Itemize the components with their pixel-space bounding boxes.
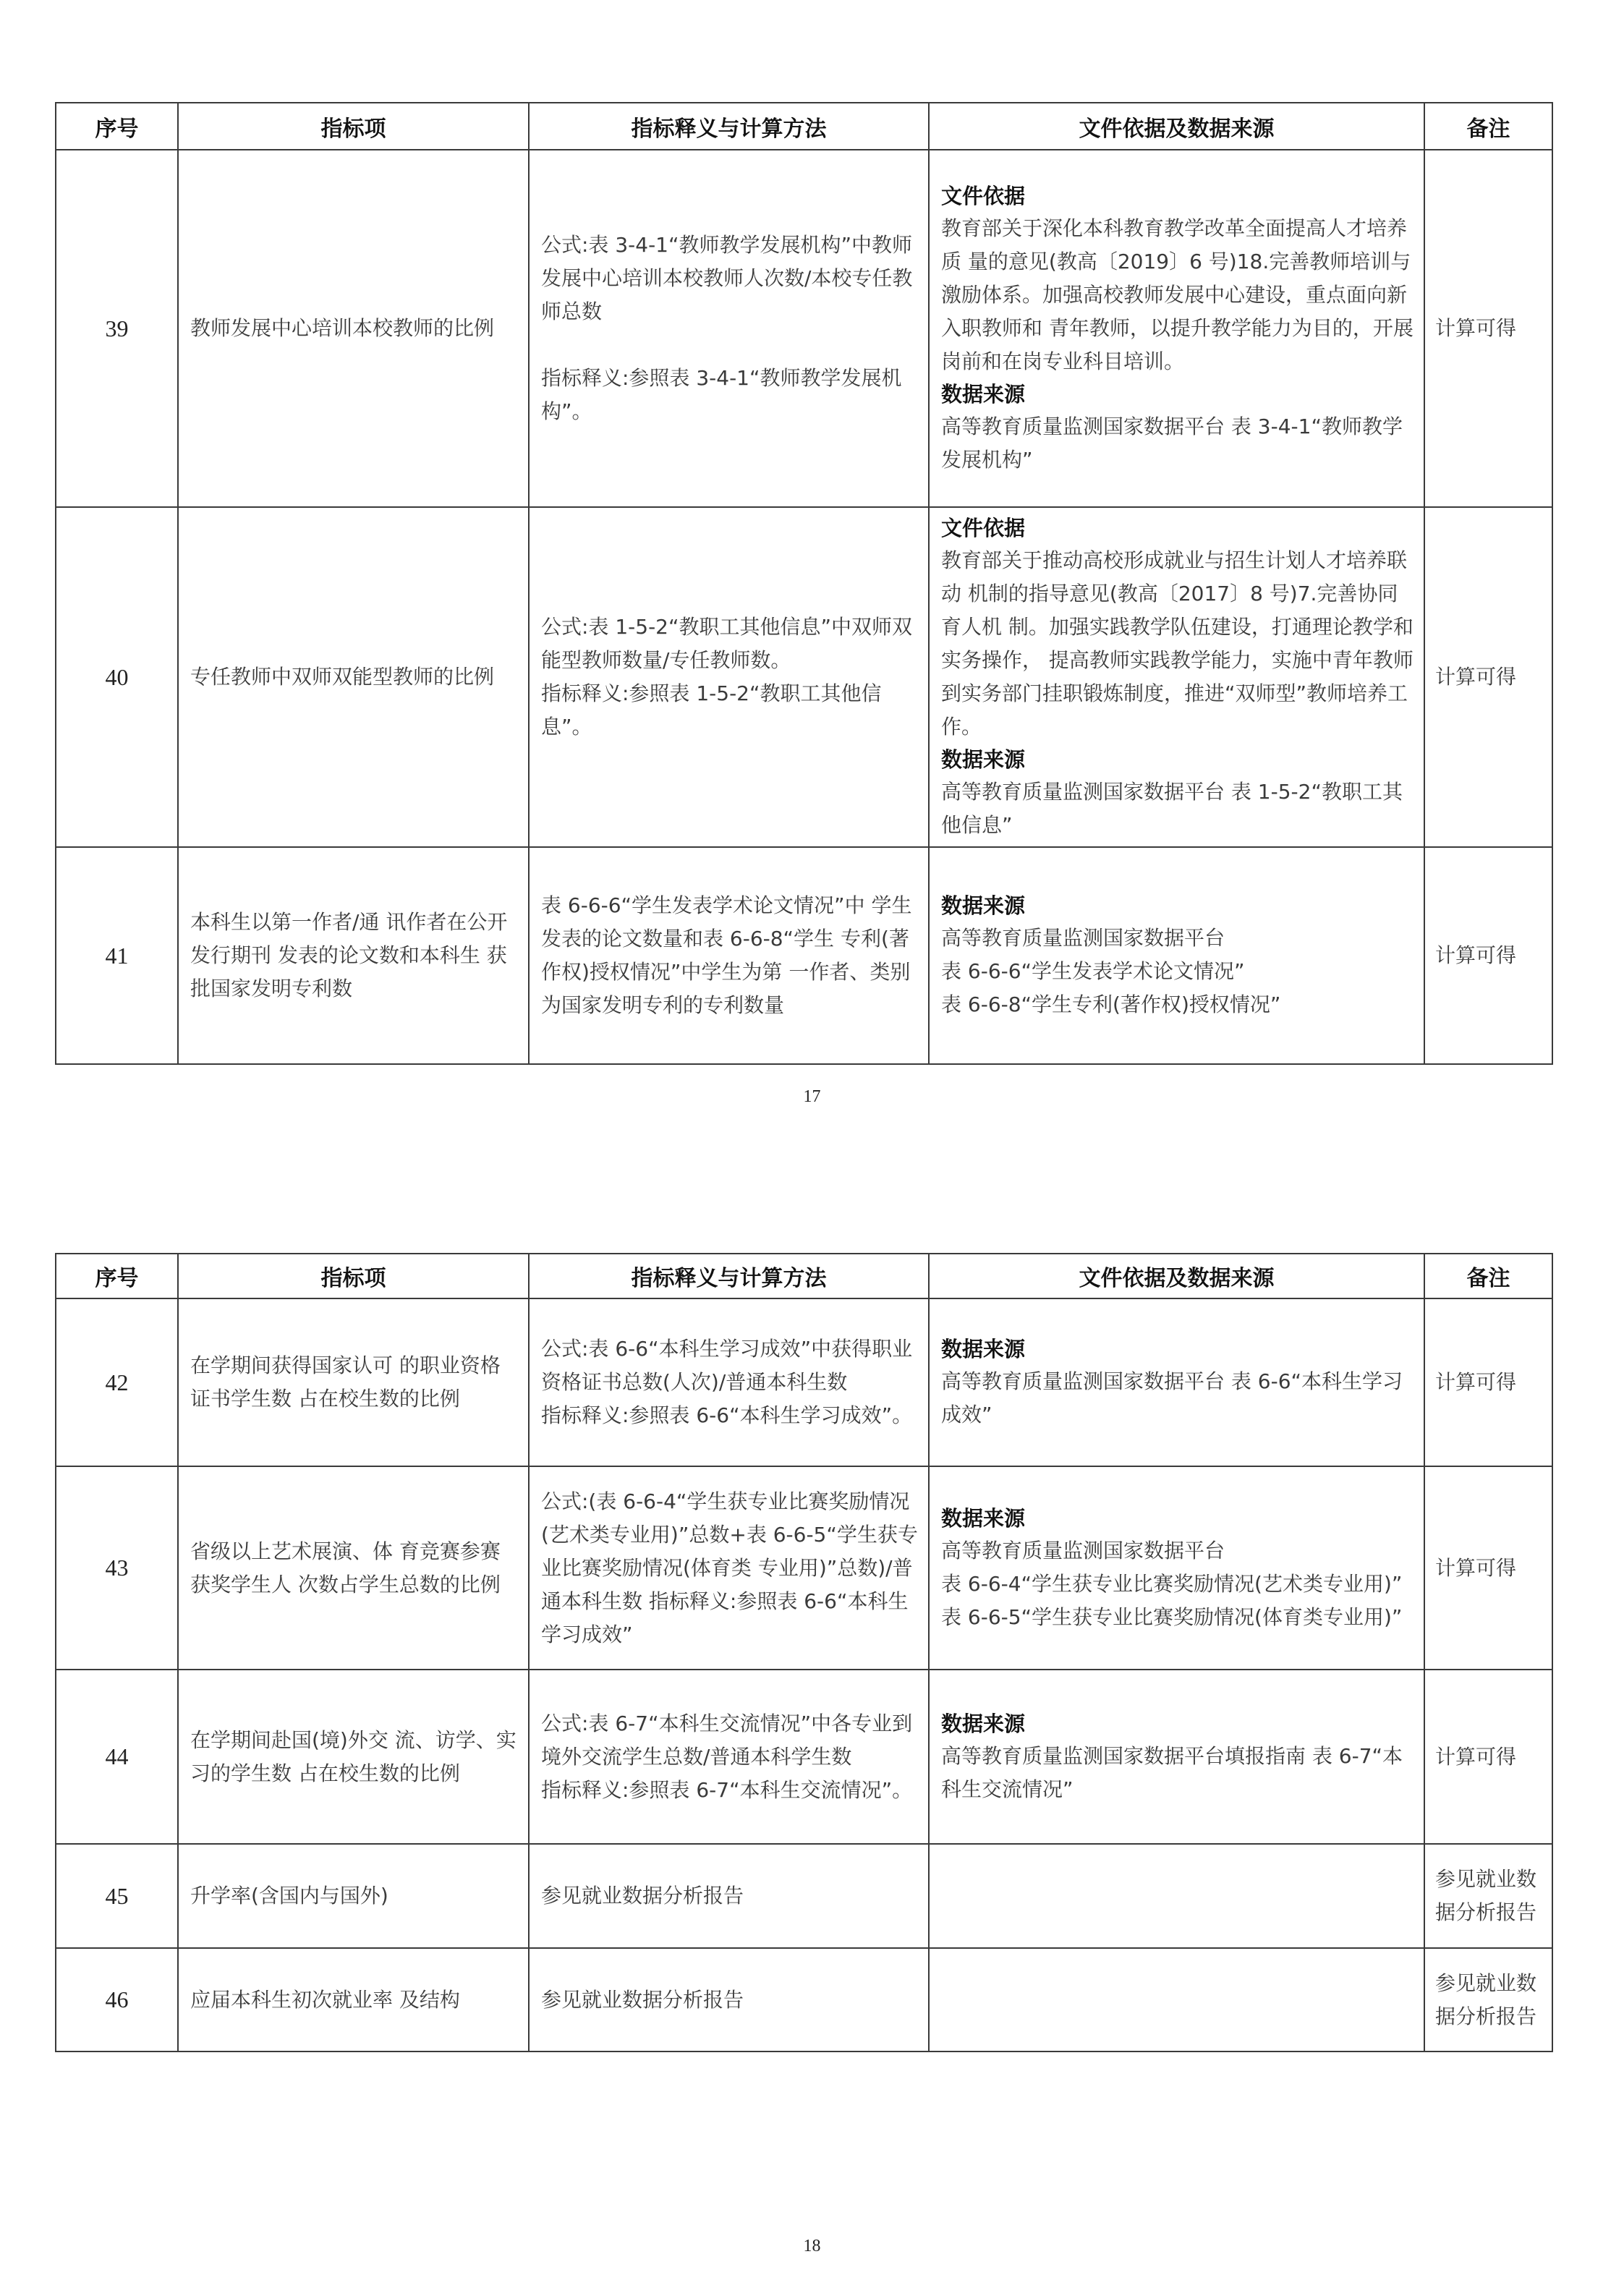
method-formula: 表 6-6-6“学生发表学术论文情况”中 学生发表的论文数量和表 6-6-8“学… — [541, 889, 918, 1022]
indicator-item: 应届本科生初次就业率 及结构 — [178, 1948, 529, 2051]
policy-label: 文件依据 — [941, 180, 1413, 212]
indicator-source: 数据来源 高等教育质量监测国家数据平台 表 6-6“本科生学习成效” — [929, 1298, 1424, 1466]
indicator-note: 计算可得 — [1424, 1466, 1552, 1670]
header-no: 序号 — [56, 1254, 178, 1298]
header-method: 指标释义与计算方法 — [529, 1254, 929, 1298]
row-number: 45 — [56, 1844, 178, 1948]
row-number: 43 — [56, 1466, 178, 1670]
indicator-source: 数据来源 高等教育质量监测国家数据平台 表 6-6-6“学生发表学术论文情况” … — [929, 847, 1424, 1064]
data-source-label: 数据来源 — [941, 1333, 1413, 1365]
indicator-method: 公式:表 6-7“本科生交流情况”中各专业到境外交流学生总数/普通本科学生数 指… — [529, 1670, 929, 1844]
indicator-note: 计算可得 — [1424, 1298, 1552, 1466]
method-formula: 公式:表 1-5-2“教职工其他信息”中双师双能型教师数量/专任教师数。 — [541, 611, 918, 677]
method-formula: 公式:表 6-6“本科生学习成效”中获得职业资格证书总数(人次)/普通本科生数 — [541, 1332, 918, 1399]
row-number: 41 — [56, 847, 178, 1064]
data-source-text: 高等教育质量监测国家数据平台 表 6-6“本科生学习成效” — [941, 1365, 1413, 1432]
indicator-note: 计算可得 — [1424, 847, 1552, 1064]
header-note: 备注 — [1424, 103, 1552, 150]
data-source-text: 高等教育质量监测国家数据平台填报指南 表 6-7“本科生交流情况” — [941, 1740, 1413, 1806]
indicator-method: 公式:表 6-6“本科生学习成效”中获得职业资格证书总数(人次)/普通本科生数 … — [529, 1298, 929, 1466]
policy-text: 教育部关于推动高校形成就业与招生计划人才培养联动 机制的指导意见(教高〔2017… — [941, 544, 1413, 744]
header-no: 序号 — [56, 103, 178, 150]
header-method: 指标释义与计算方法 — [529, 103, 929, 150]
indicator-note: 参见就业数据分析报告 — [1424, 1948, 1552, 2051]
method-formula: 公式:表 6-7“本科生交流情况”中各专业到境外交流学生总数/普通本科学生数 — [541, 1707, 918, 1774]
header-source: 文件依据及数据来源 — [929, 1254, 1424, 1298]
indicator-source: 数据来源 高等教育质量监测国家数据平台 表 6-6-4“学生获专业比赛奖励情况(… — [929, 1466, 1424, 1670]
table-header-row: 序号 指标项 指标释义与计算方法 文件依据及数据来源 备注 — [56, 1254, 1552, 1298]
data-source-text: 高等教育质量监测国家数据平台 — [941, 922, 1413, 955]
indicator-item: 教师发展中心培训本校教师的比例 — [178, 150, 529, 507]
method-definition: 指标释义:参照表 1-5-2“教职工其他信息”。 — [541, 677, 918, 744]
data-source-label: 数据来源 — [941, 378, 1413, 410]
row-number: 46 — [56, 1948, 178, 2051]
indicator-source: 文件依据 教育部关于推动高校形成就业与招生计划人才培养联动 机制的指导意见(教高… — [929, 507, 1424, 847]
indicator-item: 省级以上艺术展演、体 育竞赛参赛获奖学生人 次数占学生总数的比例 — [178, 1466, 529, 1670]
indicator-method: 公式:表 1-5-2“教职工其他信息”中双师双能型教师数量/专任教师数。 指标释… — [529, 507, 929, 847]
data-source-text: 高等教育质量监测国家数据平台 表 3-4-1“教师教学发展机构” — [941, 410, 1413, 477]
table-header-row: 序号 指标项 指标释义与计算方法 文件依据及数据来源 备注 — [56, 103, 1552, 150]
indicator-item: 本科生以第一作者/通 讯作者在公开发行期刊 发表的论文数和本科生 获批国家发明专… — [178, 847, 529, 1064]
policy-text: 教育部关于深化本科教育教学改革全面提高人才培养质 量的意见(教高〔2019〕6 … — [941, 212, 1413, 378]
indicator-table-page-17: 序号 指标项 指标释义与计算方法 文件依据及数据来源 备注 39 教师发展中心培… — [55, 102, 1553, 1065]
table-row: 45 升学率(含国内与国外) 参见就业数据分析报告 参见就业数据分析报告 — [56, 1844, 1552, 1948]
indicator-note: 计算可得 — [1424, 507, 1552, 847]
indicator-method: 公式:表 3-4-1“教师教学发展机构”中教师发展中心培训本校教师人次数/本校专… — [529, 150, 929, 507]
data-source-label: 数据来源 — [941, 744, 1413, 775]
indicator-item: 专任教师中双师双能型教师的比例 — [178, 507, 529, 847]
indicator-item: 在学期间赴国(境)外交 流、访学、实习的学生数 占在校生数的比例 — [178, 1670, 529, 1844]
row-number: 42 — [56, 1298, 178, 1466]
indicator-source — [929, 1948, 1424, 2051]
indicator-source: 数据来源 高等教育质量监测国家数据平台填报指南 表 6-7“本科生交流情况” — [929, 1670, 1424, 1844]
data-source-text: 高等教育质量监测国家数据平台 — [941, 1534, 1413, 1568]
indicator-note: 计算可得 — [1424, 150, 1552, 507]
data-source-text: 高等教育质量监测国家数据平台 表 1-5-2“教职工其他信息” — [941, 775, 1413, 842]
header-source: 文件依据及数据来源 — [929, 103, 1424, 150]
indicator-method: 表 6-6-6“学生发表学术论文情况”中 学生发表的论文数量和表 6-6-8“学… — [529, 847, 929, 1064]
method-definition: 指标释义:参照表 6-6“本科生学习成效”。 — [541, 1399, 918, 1432]
indicator-table-page-18: 序号 指标项 指标释义与计算方法 文件依据及数据来源 备注 42 在学期间获得国… — [55, 1253, 1553, 2052]
header-item: 指标项 — [178, 103, 529, 150]
data-source-text: 表 6-6-6“学生发表学术论文情况” — [941, 955, 1413, 988]
indicator-item: 在学期间获得国家认可 的职业资格证书学生数 占在校生数的比例 — [178, 1298, 529, 1466]
table-row: 40 专任教师中双师双能型教师的比例 公式:表 1-5-2“教职工其他信息”中双… — [56, 507, 1552, 847]
row-number: 40 — [56, 507, 178, 847]
method-formula: 公式:(表 6-6-4“学生获专业比赛奖励情况(艺术类专业用)”总数+表 6-6… — [541, 1485, 918, 1651]
indicator-source — [929, 1844, 1424, 1948]
policy-label: 文件依据 — [941, 512, 1413, 544]
page-number: 17 — [0, 1087, 1624, 1107]
header-note: 备注 — [1424, 1254, 1552, 1298]
indicator-note: 参见就业数据分析报告 — [1424, 1844, 1552, 1948]
method-definition: 指标释义:参照表 3-4-1“教师教学发展机构”。 — [541, 362, 918, 428]
row-number: 44 — [56, 1670, 178, 1844]
data-source-label: 数据来源 — [941, 890, 1413, 922]
table-row: 39 教师发展中心培训本校教师的比例 公式:表 3-4-1“教师教学发展机构”中… — [56, 150, 1552, 507]
data-source-text: 表 6-6-4“学生获专业比赛奖励情况(艺术类专业用)” 表 6-6-5“学生获… — [941, 1568, 1413, 1634]
table-row: 44 在学期间赴国(境)外交 流、访学、实习的学生数 占在校生数的比例 公式:表… — [56, 1670, 1552, 1844]
table-row: 42 在学期间获得国家认可 的职业资格证书学生数 占在校生数的比例 公式:表 6… — [56, 1298, 1552, 1466]
method-formula: 公式:表 3-4-1“教师教学发展机构”中教师发展中心培训本校教师人次数/本校专… — [541, 229, 918, 328]
table-row: 46 应届本科生初次就业率 及结构 参见就业数据分析报告 参见就业数据分析报告 — [56, 1948, 1552, 2051]
method-definition: 指标释义:参照表 6-7“本科生交流情况”。 — [541, 1774, 918, 1807]
data-source-label: 数据来源 — [941, 1502, 1413, 1534]
indicator-item: 升学率(含国内与国外) — [178, 1844, 529, 1948]
table-row: 43 省级以上艺术展演、体 育竞赛参赛获奖学生人 次数占学生总数的比例 公式:(… — [56, 1466, 1552, 1670]
header-item: 指标项 — [178, 1254, 529, 1298]
indicator-note: 计算可得 — [1424, 1670, 1552, 1844]
page-number: 18 — [0, 2237, 1624, 2256]
row-number: 39 — [56, 150, 178, 507]
data-source-label: 数据来源 — [941, 1708, 1413, 1740]
indicator-method: 参见就业数据分析报告 — [529, 1948, 929, 2051]
table-row: 41 本科生以第一作者/通 讯作者在公开发行期刊 发表的论文数和本科生 获批国家… — [56, 847, 1552, 1064]
indicator-source: 文件依据 教育部关于深化本科教育教学改革全面提高人才培养质 量的意见(教高〔20… — [929, 150, 1424, 507]
indicator-method: 参见就业数据分析报告 — [529, 1844, 929, 1948]
indicator-method: 公式:(表 6-6-4“学生获专业比赛奖励情况(艺术类专业用)”总数+表 6-6… — [529, 1466, 929, 1670]
data-source-text: 表 6-6-8“学生专利(著作权)授权情况” — [941, 988, 1413, 1021]
